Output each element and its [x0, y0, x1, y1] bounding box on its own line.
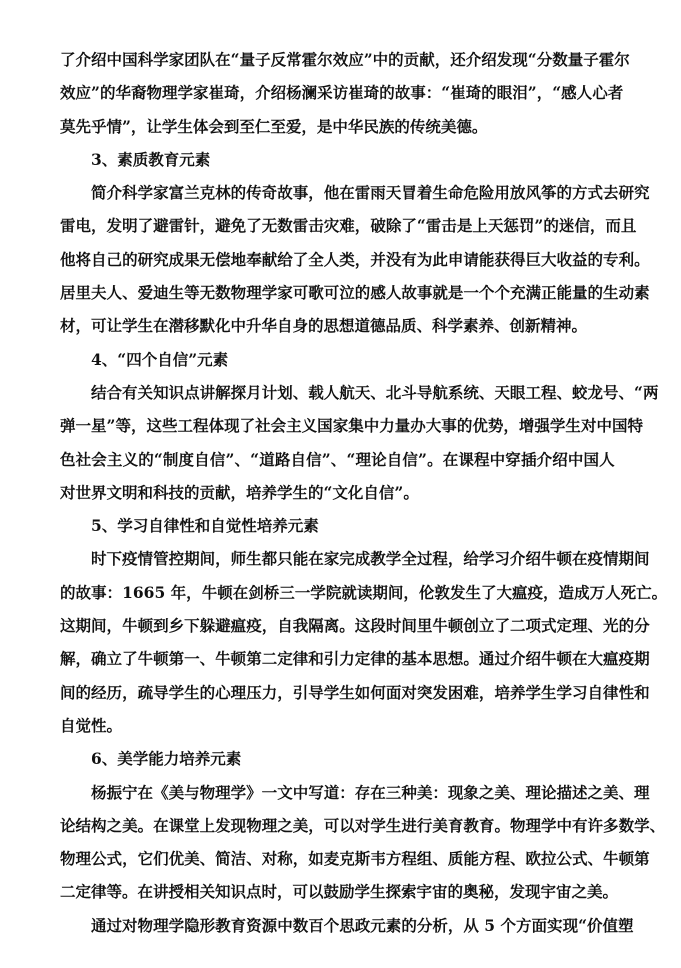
text-char: 资	[246, 913, 262, 946]
text-char: 集	[348, 413, 364, 446]
text-char: 无	[200, 280, 216, 313]
text-char: 这	[147, 413, 163, 446]
text-char: 子	[583, 47, 599, 80]
text-char: 学	[634, 813, 650, 846]
text-char: ，	[308, 180, 324, 213]
text-char: 读	[357, 580, 373, 613]
text-char: 惩	[503, 213, 519, 246]
text-char: “	[417, 213, 426, 246]
text-char: 效	[333, 47, 349, 80]
section-heading: 3、素质教育元素	[60, 147, 615, 180]
text-char: 除	[386, 213, 402, 246]
text-char: 了	[122, 646, 138, 679]
text-char: 牛	[202, 580, 218, 613]
text-char: ，	[448, 913, 464, 946]
paragraph-line: 他将自己的研究成果无偿地奉献给了全人类，并没有为此申请能获得巨大收益的专利。	[60, 247, 615, 280]
text-char: 物	[510, 813, 526, 846]
text-char: 和	[634, 680, 650, 713]
text-char: 、	[235, 447, 251, 480]
text-char: 命	[448, 180, 464, 213]
text-char: 给	[463, 546, 479, 579]
paragraph-line: 弹一星”等，这些工程体现了社会主义国家集中力量办大事的优势，增强学生对中国特	[60, 413, 615, 446]
text-char: 载	[308, 380, 324, 413]
text-char: 介	[107, 180, 123, 213]
paragraph-line: 这期间，牛顿到乡下躲避瘟疫，自我隔离。这段时间里牛顿创立了二项式定理、光的分	[60, 613, 615, 646]
text-char: 人	[107, 280, 123, 313]
text-char: 里	[76, 280, 92, 313]
text-char: 的	[60, 580, 76, 613]
text-char: 伦	[419, 580, 435, 613]
text-char: ，	[91, 213, 107, 246]
line-text: 二定律等。在讲授相关知识点时，可以鼓励学生探索宇宙的奥秘，发现宇宙之美。	[60, 879, 618, 912]
text-char: 中	[364, 413, 380, 446]
text-char: 瘟	[512, 580, 528, 613]
text-char: 筝	[541, 180, 557, 213]
text-char: 家	[277, 280, 293, 313]
paragraph-line: 的故事：1665 年，牛顿在剑桥三一学院就读期间，伦敦发生了大瘟疫，造成万人死亡…	[60, 580, 615, 613]
text-char: 大	[541, 247, 557, 280]
text-char: 学	[169, 913, 185, 946]
text-char: 个	[501, 913, 517, 946]
text-char: 成	[355, 546, 371, 579]
text-char: 应	[348, 47, 364, 80]
text-char: 第	[246, 646, 262, 679]
text-char: 量	[572, 280, 588, 313]
text-char: 间	[388, 580, 404, 613]
text-char: 事	[410, 80, 426, 113]
text-char: ，	[215, 546, 231, 579]
text-char: ，	[200, 213, 216, 246]
text-char: ，	[435, 47, 451, 80]
text-char: 方	[386, 846, 402, 879]
text-char: ”	[364, 47, 373, 80]
text-char: 人	[605, 580, 621, 613]
text-char: 理	[355, 447, 371, 480]
text-char: “	[346, 447, 355, 480]
text-char: 的	[457, 413, 473, 446]
text-char: 6	[133, 580, 144, 613]
text-char: 躲	[200, 613, 216, 646]
text-char: 杨	[286, 80, 302, 113]
text-char: 击	[308, 213, 324, 246]
text-char: 在	[153, 813, 169, 846]
text-char: 人	[324, 247, 340, 280]
text-char: 成	[169, 247, 185, 280]
text-char: 量	[240, 47, 256, 80]
text-char: ”	[322, 447, 331, 480]
text-char: 科	[122, 180, 138, 213]
text-char: 瘟	[231, 613, 247, 646]
text-char: 数	[215, 280, 231, 313]
text-char: 美	[494, 780, 510, 813]
text-char: 琦	[224, 80, 240, 113]
text-char: 航	[432, 380, 448, 413]
text-char: 给	[277, 247, 293, 280]
text-char: ，	[590, 213, 606, 246]
text-char: 霍	[599, 47, 615, 80]
text-char: ，	[131, 413, 147, 446]
text-char: 统	[463, 380, 479, 413]
text-char: 牛	[432, 613, 448, 646]
text-char: 、	[588, 846, 604, 879]
text-char: 解	[60, 646, 76, 679]
text-char: 中	[596, 413, 612, 446]
paragraph-line: 雷电，发明了避雷针，避免了无数雷击灾难，破除了“雷击是上天惩罚”的迷信，而且	[60, 213, 615, 246]
text-char: 会	[91, 447, 107, 480]
text-char: 们	[153, 846, 169, 879]
paragraph-line: 解，确立了牛顿第一、牛顿第二定律和引力定律的基本思想。通过介绍牛顿在大瘟疫期	[60, 646, 615, 679]
text-char: 月	[246, 380, 262, 413]
text-char: 研	[619, 180, 635, 213]
text-char: 究	[634, 180, 650, 213]
text-char: 信	[402, 447, 418, 480]
text-char: 理	[572, 613, 588, 646]
text-char: “	[528, 47, 537, 80]
text-char: 生	[541, 680, 557, 713]
text-char: 、	[619, 380, 635, 413]
text-char: 就	[341, 580, 357, 613]
text-char: 生	[603, 280, 619, 313]
text-char: 象	[463, 780, 479, 813]
text-char: 美	[432, 813, 448, 846]
text-char: 富	[169, 180, 185, 213]
text-char: 行	[417, 813, 433, 846]
text-char: 雷	[60, 213, 76, 246]
text-char: 力	[379, 413, 395, 446]
text-char: 。	[634, 247, 650, 280]
text-char: 能	[293, 546, 309, 579]
text-char: 的	[588, 247, 604, 280]
text-char: 人	[577, 80, 593, 113]
text-char: 发	[497, 47, 513, 80]
text-char: 对	[262, 846, 278, 879]
text-char: 文	[277, 780, 293, 813]
text-char: 自	[290, 447, 306, 480]
heading-text: 6、美学能力培养元素	[91, 746, 241, 779]
text-char: 制	[163, 447, 179, 480]
text-char: 宁	[122, 780, 138, 813]
text-char: 上	[472, 213, 488, 246]
text-char: 多	[603, 813, 619, 846]
text-char: 与	[184, 780, 200, 813]
text-char: “	[634, 380, 643, 413]
text-char: 可	[324, 813, 340, 846]
text-char: 描	[556, 780, 572, 813]
text-char: 育	[479, 813, 495, 846]
text-char: 风	[525, 180, 541, 213]
section-heading: 4、“四个自信”元素	[60, 347, 615, 380]
text-char: 己	[107, 247, 123, 280]
text-char: 无	[262, 213, 278, 246]
text-char: 性	[619, 680, 635, 713]
text-char: 益	[572, 247, 588, 280]
text-char: 期	[634, 646, 650, 679]
text-char: 源	[262, 913, 278, 946]
text-char: 家	[169, 47, 185, 80]
text-char: 物	[147, 80, 163, 113]
text-char: 理	[215, 780, 231, 813]
text-char: 牛	[603, 846, 619, 879]
text-char: 式	[541, 613, 557, 646]
text-char: 学	[370, 813, 386, 846]
text-char: 完	[339, 546, 355, 579]
text-char: 居	[60, 280, 76, 313]
text-char: 崔	[209, 80, 225, 113]
text-char: 美	[603, 780, 619, 813]
text-char: 全	[308, 247, 324, 280]
text-char: 信	[210, 447, 226, 480]
text-char: 了	[138, 213, 154, 246]
text-char: 对	[581, 413, 597, 446]
text-char: 成	[574, 580, 590, 613]
text-char: 。	[652, 580, 668, 613]
text-char: 澜	[302, 80, 318, 113]
text-char: 应	[76, 80, 92, 113]
text-char: 美	[169, 780, 185, 813]
text-char: 夫	[91, 280, 107, 313]
text-char: 介	[255, 80, 271, 113]
paragraph-line: 间的经历，疏导学生的心理压力，引导学生如何面对突发困难，培养学生学习自律性和	[60, 680, 615, 713]
text-char: 正	[541, 280, 557, 313]
text-char: 满	[525, 280, 541, 313]
text-char: 在	[443, 447, 459, 480]
text-char: 分	[417, 913, 433, 946]
text-char: 理	[246, 280, 262, 313]
text-char: 二	[510, 613, 526, 646]
text-char: 、	[200, 646, 216, 679]
text-char: 之	[107, 813, 123, 846]
text-char: 称	[277, 846, 293, 879]
text-char: 分	[634, 613, 650, 646]
text-char: 过	[107, 913, 123, 946]
text-char: 就	[432, 280, 448, 313]
text-char: 反	[271, 47, 287, 80]
text-char: 、	[479, 380, 495, 413]
text-char: ，	[403, 580, 419, 613]
text-char: 学	[138, 180, 154, 213]
text-char: 上	[200, 813, 216, 846]
text-char: 间	[91, 613, 107, 646]
text-char: 中	[557, 813, 573, 846]
text-char: 疏	[138, 680, 154, 713]
text-char: 面	[532, 913, 548, 946]
text-char: 的	[588, 280, 604, 313]
text-char: 理	[76, 846, 92, 879]
text-char: 尔	[317, 47, 333, 80]
text-char: 琦	[364, 80, 380, 113]
text-char: 华	[115, 80, 131, 113]
text-char: 值	[603, 913, 619, 946]
text-char: 隔	[308, 613, 324, 646]
text-char: 雨	[370, 180, 386, 213]
text-char: 生	[386, 813, 402, 846]
text-char: 。	[427, 447, 443, 480]
text-char: 义	[123, 447, 139, 480]
text-char: 家	[333, 413, 349, 446]
text-char: 主	[286, 413, 302, 446]
text-char: 引	[324, 646, 340, 679]
text-char: 学	[541, 813, 557, 846]
text-char: ，	[107, 613, 123, 646]
text-char: 公	[557, 846, 573, 879]
text-char: ，	[186, 580, 202, 613]
text-char: 式	[588, 180, 604, 213]
text-char: 义	[302, 413, 318, 446]
text-char: 剑	[248, 580, 264, 613]
text-char: 奉	[246, 247, 262, 280]
text-char: 关	[138, 380, 154, 413]
text-char: 欧	[525, 846, 541, 879]
text-char: 牛	[138, 646, 154, 679]
line-text: 莫先乎情”，让学生体会到至仁至爱，是中华民族的传统美德。	[60, 114, 487, 147]
text-char: “	[231, 47, 240, 80]
text-char: 且	[621, 213, 637, 246]
text-char: 素	[386, 913, 402, 946]
text-char: 洁	[231, 846, 247, 879]
text-char: 危	[463, 180, 479, 213]
text-char: 用	[494, 180, 510, 213]
text-char: 事	[441, 413, 457, 446]
text-char: 堂	[184, 813, 200, 846]
text-char: 桥	[264, 580, 280, 613]
text-char: 在	[370, 780, 386, 813]
text-char: 社	[76, 447, 92, 480]
text-char: 的	[138, 447, 154, 480]
text-char: 生	[432, 180, 448, 213]
text-char: 学	[324, 680, 340, 713]
text-char: 这	[355, 613, 371, 646]
text-char: 在	[138, 780, 154, 813]
text-char: 疫	[122, 546, 138, 579]
text-char: 思	[339, 913, 355, 946]
text-char: 斯	[355, 846, 371, 879]
text-char: 合	[107, 380, 123, 413]
text-char: 之	[277, 813, 293, 846]
text-char: 学	[310, 580, 326, 613]
text-char: 大	[588, 646, 604, 679]
text-char: 团	[184, 47, 200, 80]
text-char: 灾	[324, 213, 340, 246]
paragraph-line: 杨振宁在《美与物理学》一文中写道：存在三种美：现象之美、理论描述之美、理	[60, 780, 615, 813]
text-char: 习	[494, 546, 510, 579]
text-char: 它	[138, 846, 154, 879]
text-char: 中	[490, 447, 506, 480]
text-char: 林	[215, 180, 231, 213]
text-char: 针	[184, 213, 200, 246]
text-char: 现	[512, 47, 528, 80]
text-char: 1	[122, 580, 133, 613]
text-char: 航	[339, 380, 355, 413]
text-char: 弹	[60, 413, 76, 446]
text-char: 知	[153, 380, 169, 413]
text-char: “	[578, 913, 587, 946]
text-char: 程	[193, 413, 209, 446]
text-char: 是	[448, 280, 464, 313]
text-char: 会	[271, 413, 287, 446]
text-char: 经	[91, 680, 107, 713]
text-char: 振	[107, 780, 123, 813]
text-char: “	[552, 80, 561, 113]
text-char: 道	[324, 780, 340, 813]
text-char: 》	[246, 780, 262, 813]
text-char: 程	[494, 846, 510, 879]
text-char: 天	[488, 213, 504, 246]
text-char: 现	[231, 813, 247, 846]
text-char: ，	[122, 846, 138, 879]
text-char: 泪	[512, 80, 528, 113]
text-char: 采	[317, 80, 333, 113]
text-char: 情	[138, 546, 154, 579]
text-char: 瘟	[603, 646, 619, 679]
section-heading: 6、美学能力培养元素	[60, 746, 615, 779]
text-char: 生	[184, 680, 200, 713]
text-char: 学	[169, 680, 185, 713]
paragraph-line: 莫先乎情”，让学生体会到至仁至爱，是中华民族的传统美德。	[60, 114, 615, 147]
text-char: 请	[463, 247, 479, 280]
text-char: 、	[246, 846, 262, 879]
text-char: 我	[293, 613, 309, 646]
text-char: 面	[386, 680, 402, 713]
text-char: 特	[627, 413, 643, 446]
text-char: 、	[432, 846, 448, 879]
text-char: 数	[619, 813, 635, 846]
text-char: 了	[60, 47, 76, 80]
text-char: 第	[634, 846, 650, 879]
text-char: 学	[153, 47, 169, 80]
text-char: 访	[333, 80, 349, 113]
text-char: 隐	[184, 913, 200, 946]
text-char: 牛	[122, 613, 138, 646]
text-char: 琦	[466, 80, 482, 113]
text-char: 育	[231, 913, 247, 946]
text-char: 5	[484, 913, 495, 946]
text-char: 存	[355, 780, 371, 813]
text-char: 压	[246, 680, 262, 713]
text-char: 立	[479, 613, 495, 646]
text-char: 进	[401, 813, 417, 846]
text-char: 《	[153, 780, 169, 813]
text-char: 敦	[434, 580, 450, 613]
text-char: 生	[246, 546, 262, 579]
text-char: 程	[432, 546, 448, 579]
text-char: 生	[339, 680, 355, 713]
text-char: 了	[293, 247, 309, 280]
text-char: 律	[603, 680, 619, 713]
text-char: 偿	[215, 247, 231, 280]
text-char: 放	[510, 180, 526, 213]
text-char: ：	[426, 80, 442, 113]
text-char: 故	[401, 280, 417, 313]
text-char: 到	[153, 613, 169, 646]
text-char: 。	[339, 613, 355, 646]
text-char: 课	[458, 447, 474, 480]
text-char: 分	[537, 47, 553, 80]
paragraph-line: 结合有关知识点讲解探月计划、载人航天、北斗导航系统、天眼工程、蛟龙号、“两	[60, 380, 615, 413]
text-char: 科	[138, 47, 154, 80]
text-char: 控	[169, 546, 185, 579]
text-char: 计	[262, 380, 278, 413]
text-char: 麦	[324, 846, 340, 879]
text-char: 事	[293, 180, 309, 213]
text-char: 管	[153, 546, 169, 579]
text-char: 而	[605, 213, 621, 246]
text-char: 结	[76, 813, 92, 846]
text-char: 只	[277, 546, 293, 579]
text-char: 还	[450, 47, 466, 80]
text-char: “	[154, 447, 163, 480]
text-char: 课	[169, 813, 185, 846]
text-char: 并	[370, 247, 386, 280]
